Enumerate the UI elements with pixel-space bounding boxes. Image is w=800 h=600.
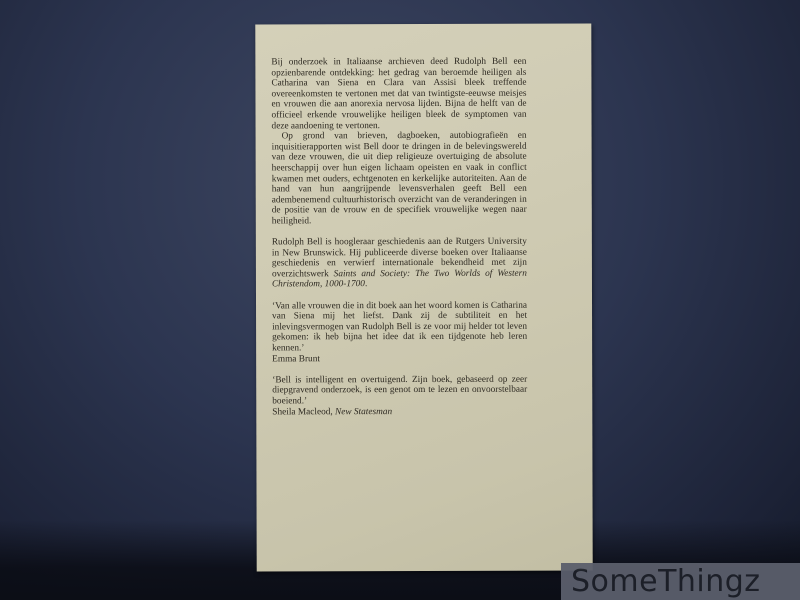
watermark-text: SomeThingz bbox=[571, 564, 761, 599]
blurb-paragraph-2: Op grond van brieven, dagboeken, autobio… bbox=[272, 131, 527, 227]
quote-2-source: New Statesman bbox=[335, 407, 392, 417]
back-cover-text: Bij onderzoek in Italiaanse archieven de… bbox=[271, 57, 527, 418]
watermark-logo: SomeThingz bbox=[561, 563, 800, 600]
blurb-paragraph-1: Bij onderzoek in Italiaanse archieven de… bbox=[271, 57, 526, 132]
quote-2: ‘Bell is intelligent en overtuigend. Zij… bbox=[272, 375, 527, 407]
quote-1-author: Emma Brunt bbox=[272, 353, 527, 364]
author-bio: Rudolph Bell is hoogleraar geschiedenis … bbox=[272, 237, 527, 291]
author-bio-end: . bbox=[365, 280, 367, 290]
book-back-cover: Bij onderzoek in Italiaanse archieven de… bbox=[255, 24, 592, 572]
quote-2-author: Sheila Macleod, New Statesman bbox=[272, 406, 527, 417]
quote-1: ‘Van alle vrouwen die in dit boek aan he… bbox=[272, 300, 527, 354]
quote-1-author-name: Emma Brunt bbox=[272, 354, 320, 364]
quote-2-author-name: Sheila Macleod, bbox=[272, 407, 335, 417]
